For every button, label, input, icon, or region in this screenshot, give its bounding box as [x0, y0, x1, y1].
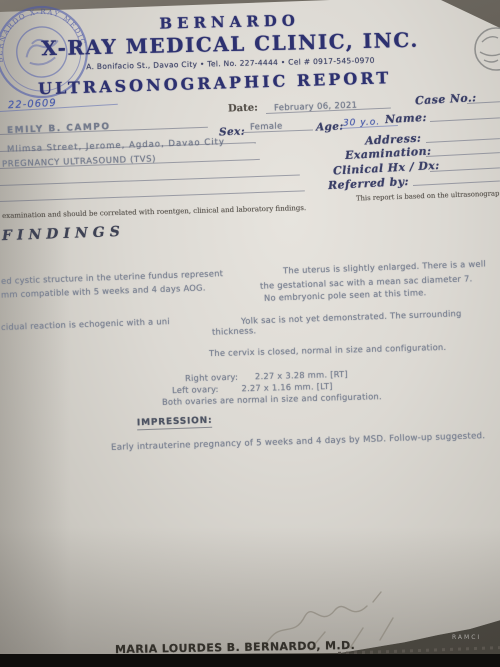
date-label: Date:: [228, 102, 258, 114]
name-label: Name:: [385, 111, 428, 126]
photo-of-document: { "clinic": { "name_line1": "BERNARDO", …: [0, 0, 500, 667]
partial-emblem-icon: [454, 22, 500, 74]
case-no-label: Case No.:: [415, 92, 468, 108]
right-ovary-label: Right ovary:: [185, 372, 238, 383]
photo-bottom-bar: [0, 654, 500, 667]
clinic-header: BERNARDO X-RAY MEDICAL CLINIC, INC. A. B…: [24, 8, 435, 72]
clinic-logo-partial: [454, 22, 500, 74]
findings-line: thickness.: [212, 325, 257, 337]
left-ovary-label: Left ovary:: [172, 384, 219, 395]
camera-watermark: RAMCI: [452, 634, 481, 641]
